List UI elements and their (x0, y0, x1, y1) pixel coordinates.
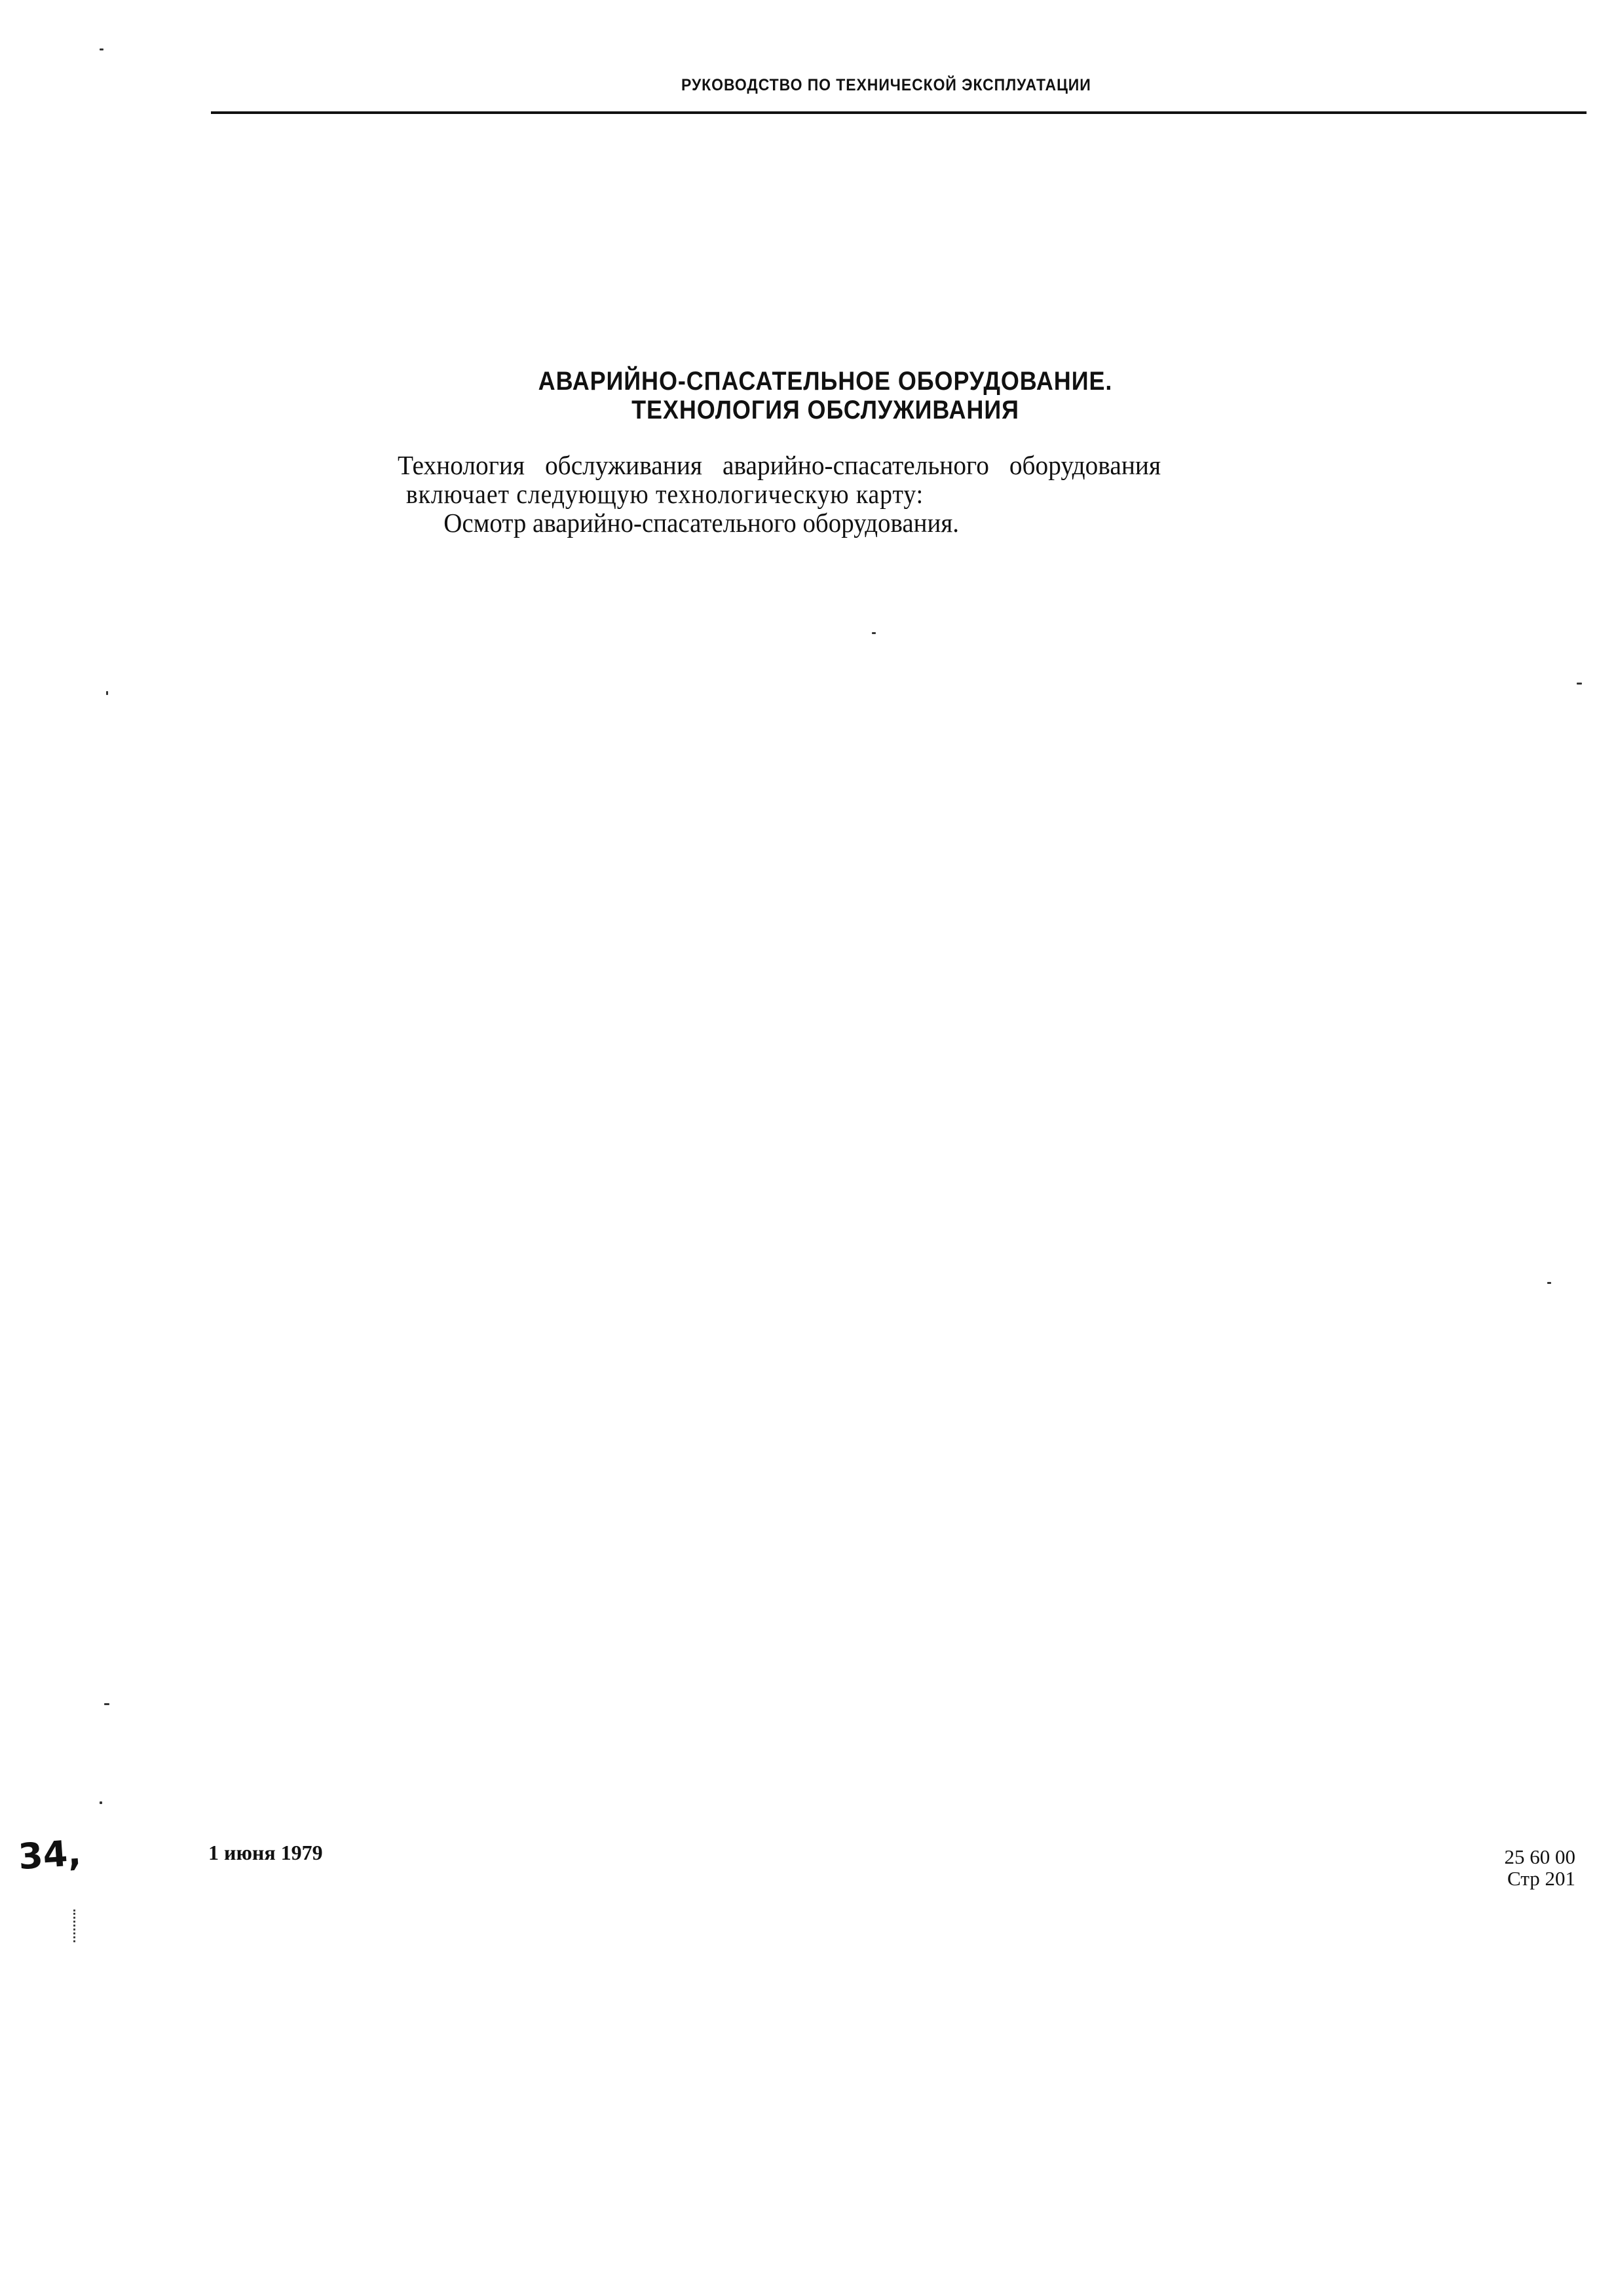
header-rule (211, 111, 1587, 114)
technological-card-item: Осмотр аварийно-спасательного оборудован… (398, 508, 1244, 537)
body-paragraph-line-1: Технология обслуживания аварийно-спасате… (398, 451, 1253, 480)
section-body: Технология обслуживания аварийно-спасате… (398, 451, 1288, 537)
section-title-line-1: АВАРИЙНО-СПАСАТЕЛЬНОЕ ОБОРУДОВАНИЕ. (436, 367, 1214, 396)
scan-speck (100, 1801, 102, 1804)
scan-speck (1577, 683, 1582, 685)
scan-artifact-dots (73, 1910, 77, 1942)
footer-date: 1 июня 1979 (208, 1841, 323, 1865)
scan-speck (872, 632, 876, 634)
handwritten-page-mark: 34, (17, 1832, 83, 1878)
chapter-code: 25 60 00 (1505, 1846, 1576, 1868)
section-title: АВАРИЙНО-СПАСАТЕЛЬНОЕ ОБОРУДОВАНИЕ. ТЕХН… (393, 367, 1258, 424)
scan-speck (100, 48, 103, 50)
scan-speck (106, 691, 108, 695)
page-number: Стр 201 (1505, 1868, 1576, 1889)
section-title-line-2: ТЕХНОЛОГИЯ ОБСЛУЖИВАНИЯ (436, 396, 1214, 424)
body-paragraph-line-2: включает следующую технологическую карту… (398, 480, 1217, 508)
scan-speck (1547, 1282, 1551, 1284)
scan-speck (104, 1703, 109, 1705)
running-header: РУКОВОДСТВО ПО ТЕХНИЧЕСКОЙ ЭКСПЛУАТАЦИИ (681, 76, 1091, 95)
footer-page-info: 25 60 00 Стр 201 (1505, 1846, 1576, 1889)
